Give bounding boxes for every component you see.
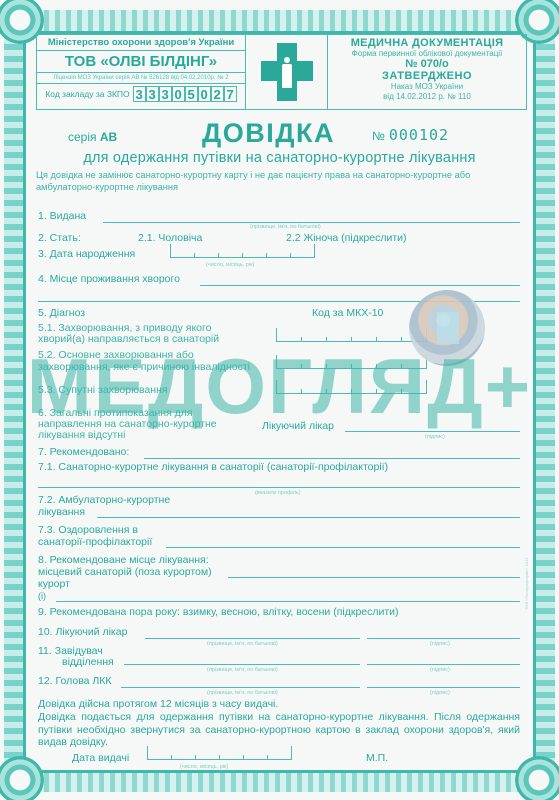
stamp-place-label: М.П.: [366, 752, 388, 764]
treating-doctor-label: Лікуючий лікар: [262, 420, 334, 432]
issued-to-input[interactable]: [103, 222, 520, 223]
recommended-input[interactable]: [144, 458, 520, 459]
outpatient-treatment-label-2: лікування: [38, 506, 85, 518]
local-sanatorium-label: місцевий санаторій (поза курортом): [38, 566, 212, 578]
sanatorium-profile-input[interactable]: [38, 487, 520, 488]
recommended-label: 7. Рекомендовано:: [38, 446, 129, 458]
code-digit: 5: [185, 86, 198, 102]
ornamental-border-left: [4, 20, 26, 780]
approved-label: ЗАТВЕРДЖЕНО: [328, 70, 526, 82]
date-hint: (число, місяць, рік): [206, 262, 254, 268]
recovery-label-2: санаторії-профілакторії: [38, 536, 152, 548]
med-doc-title: МЕДИЧНА ДОКУМЕНТАЦІЯ: [328, 37, 526, 49]
form-number: № 070/о: [328, 58, 526, 70]
icd10-code-label: Код за МКХ-10: [312, 307, 383, 319]
hologram-seal-icon: [409, 290, 485, 366]
diagnosis-5-2-label-2: захворювання, яке є причиною інвалідност…: [38, 361, 250, 373]
resort-input[interactable]: [56, 601, 520, 602]
sex-option-female[interactable]: 2.2 Жіноча (підкреслити): [286, 232, 407, 244]
local-sanatorium-input[interactable]: [228, 577, 520, 578]
disclaimer-note: Ця довідка не замінює санаторно-курортну…: [36, 170, 526, 193]
validity-note: Довідка дійсна протягом 12 місяців з час…: [38, 698, 520, 711]
name-hint: (прізвище, ім'я, по батькові): [250, 224, 321, 230]
signature-hint: (підпис): [430, 667, 450, 673]
season-label: 9. Рекомендована пора року: взимку, весн…: [38, 606, 399, 618]
doctor-label: 10. Лікуючий лікар: [38, 626, 127, 638]
instructions-note: Довідка подається для одержання путівки …: [38, 711, 520, 749]
head-of-department-label-2: відділення: [62, 656, 114, 668]
signature-hint: (підпис): [430, 690, 450, 696]
treating-doctor-signature-input[interactable]: [345, 431, 520, 432]
head-of-department-signature-input[interactable]: [367, 664, 520, 665]
commission-head-signature-input[interactable]: [367, 687, 520, 688]
institution-block: Міністерство охорони здоров'я України ТО…: [37, 35, 246, 109]
organization-name: ТОВ «ОЛВІ БІЛДІНГ»: [37, 51, 245, 73]
treatment-place-label: 8. Рекомендоване місце лікування:: [38, 554, 209, 566]
field-label-issued-to: 1. Видана: [38, 210, 86, 222]
medical-cross-doctor-icon: [261, 43, 313, 101]
commission-head-name-input[interactable]: [121, 687, 360, 688]
contraindications-label-3: лікування відсутні: [38, 429, 125, 441]
code-digit: 3: [133, 86, 146, 102]
recovery-input[interactable]: [166, 547, 520, 548]
code-digit: 2: [211, 86, 224, 102]
issue-date-label: Дата видачі: [72, 752, 129, 764]
document-subtitle: для одержання путівки на санаторно-курор…: [32, 150, 527, 166]
document-title: ДОВІДКА: [202, 118, 335, 149]
code-digit: 0: [172, 86, 185, 102]
birth-date-input[interactable]: [170, 244, 315, 258]
residence-input[interactable]: [200, 285, 520, 286]
series-value: АВ: [100, 130, 117, 144]
head-of-department-name-input[interactable]: [124, 664, 360, 665]
diagnosis-5-3-label: 5.3. Супутні захворювання: [38, 384, 168, 396]
ministry-name: Міністерство охорони здоров'я України: [37, 35, 245, 51]
license-info: Ліцензія МОЗ України серія АВ № 526128 в…: [37, 73, 245, 84]
diagnosis-5-2-code-input[interactable]: [276, 355, 427, 369]
name-hint: (прізвище, ім'я, по батькові): [207, 667, 278, 673]
doctor-signature-input[interactable]: [367, 638, 520, 639]
order-line-1: Наказ МОЗ України: [328, 82, 526, 92]
logo-block: [246, 35, 328, 109]
corner-ornament-icon: [515, 756, 559, 800]
diagnosis-5-1-label-2: хворий(а) направляється в санаторій: [38, 333, 219, 345]
date-hint: (число, місяць, рік): [180, 764, 228, 770]
resort-suffix: (і): [38, 590, 46, 602]
med-doc-subtitle: Форма первинної облікової документації: [328, 49, 526, 58]
name-hint: (прізвище, ім'я, по батькові): [207, 690, 278, 696]
code-digit: 3: [159, 86, 172, 102]
ornamental-border-top: [0, 0, 559, 34]
document-number-value: 000102: [389, 126, 449, 144]
diagnosis-5-1-code-input[interactable]: [276, 328, 427, 342]
profile-hint: (вказати профіль): [255, 490, 301, 496]
form-approval-block: МЕДИЧНА ДОКУМЕНТАЦІЯ Форма первинної обл…: [328, 35, 526, 109]
resort-label: курорт: [38, 578, 70, 590]
title-row: серія АВ ДОВІДКА №000102: [32, 118, 527, 148]
order-line-2: від 14.02.2012 р. № 110: [328, 92, 526, 102]
form-header: Міністерство охорони здоров'я України ТО…: [36, 34, 527, 110]
certificate-page: Міністерство охорони здоров'я України ТО…: [0, 0, 559, 800]
series: серія АВ: [68, 130, 117, 144]
sex-option-male[interactable]: 2.1. Чоловіча: [138, 232, 202, 244]
ornamental-border-bottom: [0, 770, 559, 800]
code-digits: 33305027: [133, 86, 237, 102]
ornamental-border-right: [533, 20, 555, 780]
code-digit: 7: [224, 86, 237, 102]
signature-hint: (підпис): [430, 641, 450, 647]
diagnosis-5-2-label: 5.2. Основне захворювання або: [38, 349, 194, 361]
field-label-diagnosis: 5. Діагноз: [38, 307, 85, 319]
document-number: №000102: [372, 126, 449, 144]
issue-date-input[interactable]: [147, 746, 292, 760]
code-digit: 0: [198, 86, 211, 102]
field-label-birth-date: 3. Дата народження: [38, 248, 135, 260]
outpatient-treatment-label: 7.2. Амбулаторно-курортне: [38, 494, 170, 506]
diagnosis-5-3-code-input[interactable]: [276, 380, 427, 394]
name-hint: (прізвище, ім'я, по батькові): [207, 641, 278, 647]
corner-ornament-icon: [0, 756, 44, 800]
recovery-label: 7.3. Оздоровлення в: [38, 524, 138, 536]
code-label: Код закладу за ЗКПО: [45, 89, 129, 99]
institution-code: Код закладу за ЗКПО 33305027: [37, 84, 245, 104]
commission-head-label: 12. Голова ЛКК: [38, 675, 112, 687]
signature-hint: (підпис): [425, 434, 445, 440]
doctor-name-input[interactable]: [145, 638, 360, 639]
field-label-sex: 2. Стать:: [38, 232, 81, 244]
field-label-residence: 4. Місце проживання хворого: [38, 273, 180, 285]
code-digit: 3: [146, 86, 159, 102]
sanatorium-treatment-label: 7.1. Санаторно-курортне лікування в сана…: [38, 461, 388, 473]
outpatient-treatment-input[interactable]: [97, 517, 520, 518]
printer-imprint: ТОВ «Поліграфсервіс» 2013: [524, 470, 532, 610]
